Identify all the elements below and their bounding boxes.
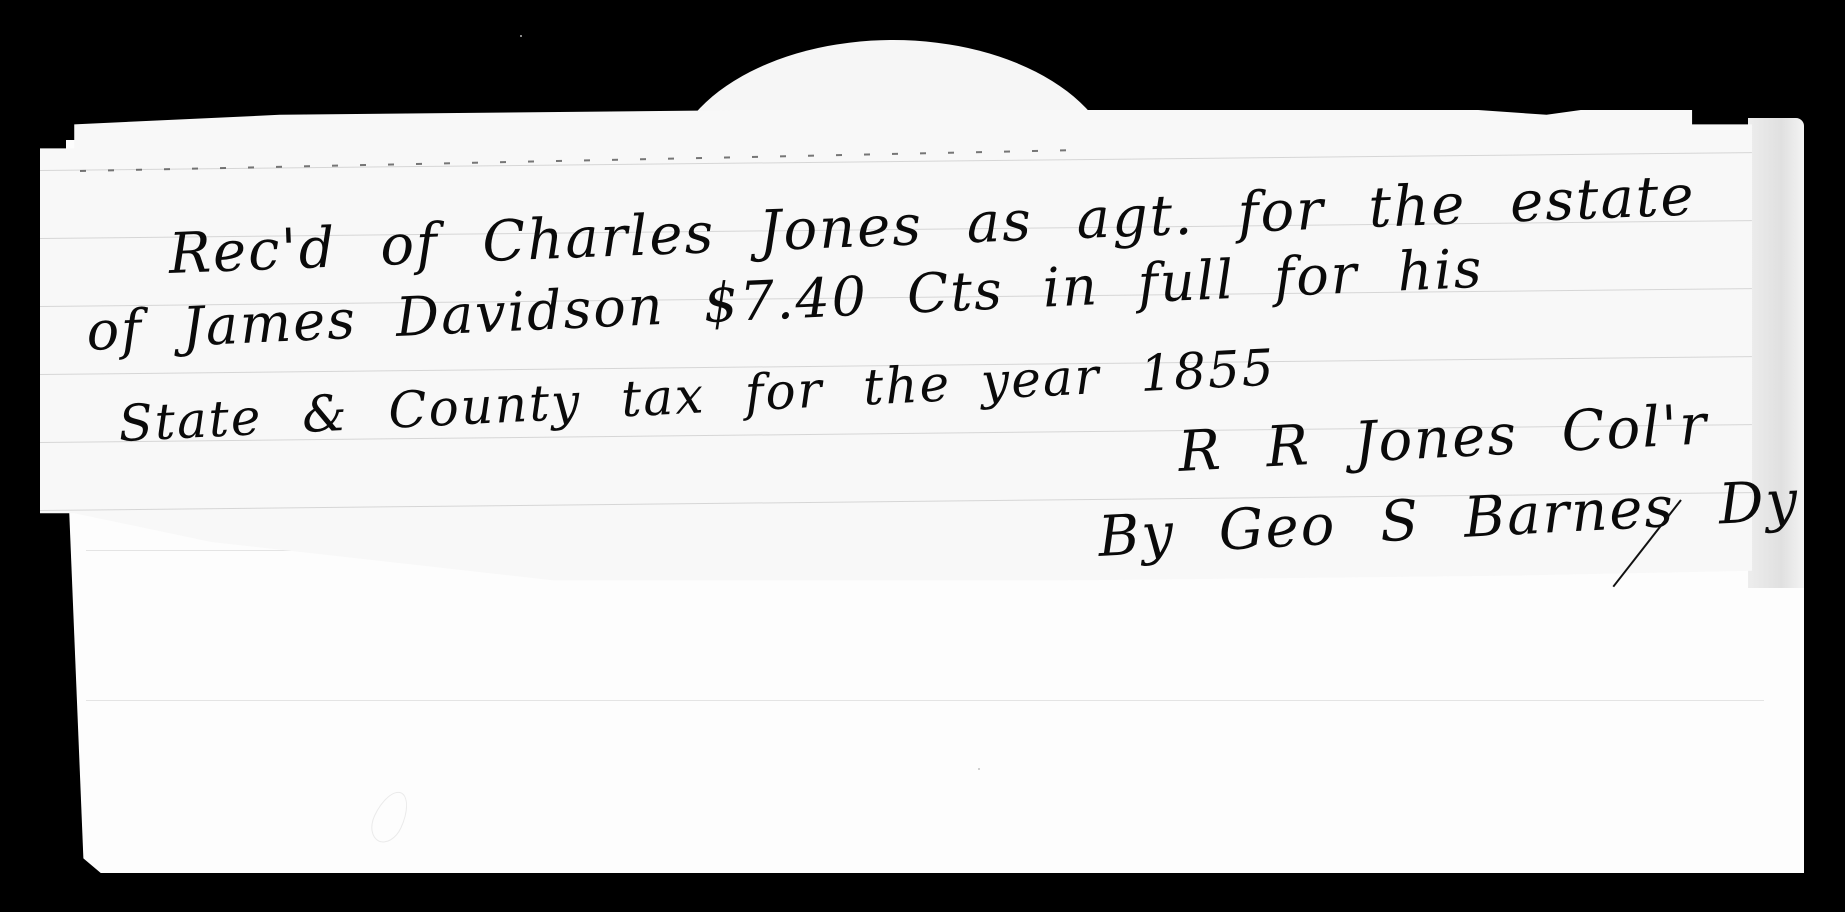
ruled-line [86,700,1764,701]
dust-speck [520,35,522,37]
paper-speck [978,768,980,770]
